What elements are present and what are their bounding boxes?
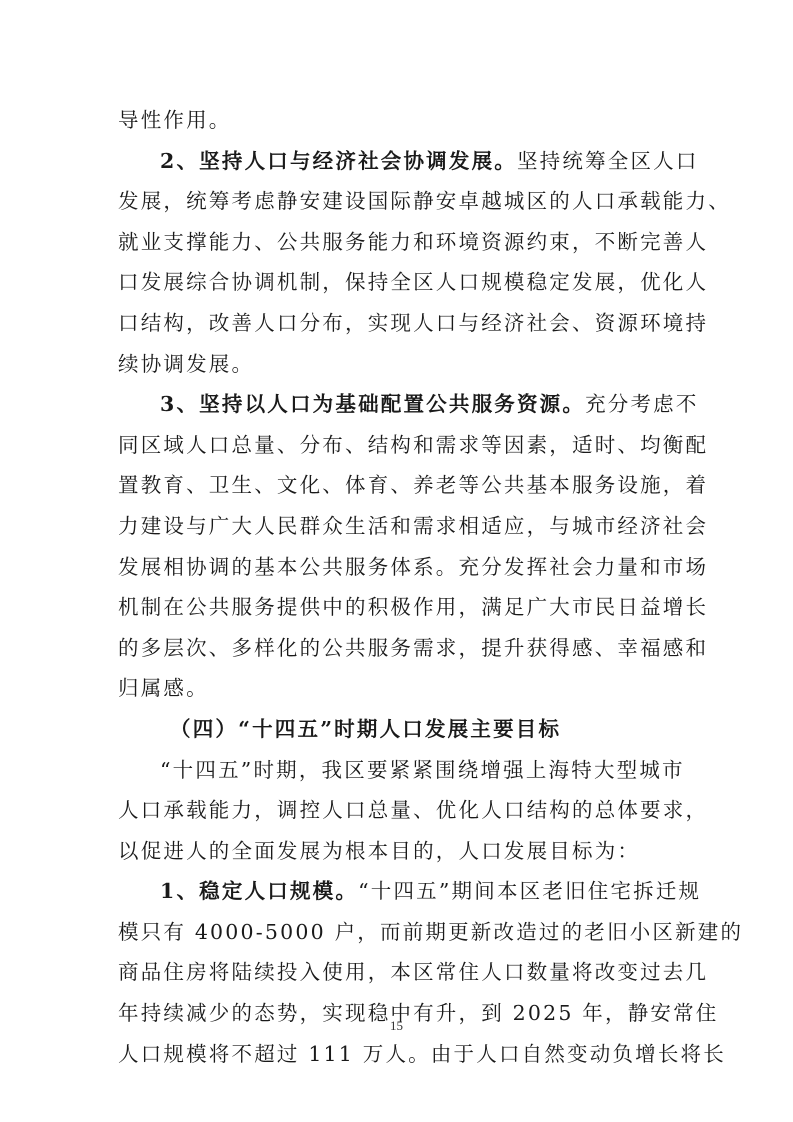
section-2-heading: 2、坚持人口与经济社会协调发展。 xyxy=(160,149,517,173)
text-line: 的多层次、多样化的公共服务需求，提升获得感、幸福感和 xyxy=(118,628,678,669)
text-line: 机制在公共服务提供中的积极作用，满足广大市民日益增长 xyxy=(118,587,678,628)
text-fragment: 坚持统筹全区人口 xyxy=(517,149,699,173)
page-number: 15 xyxy=(0,1018,793,1034)
text-line: 置教育、卫生、文化、体育、养老等公共基本服务设施，着 xyxy=(118,465,678,506)
text-line: 同区域人口总量、分布、结构和需求等因素，适时、均衡配 xyxy=(118,425,678,466)
text-fragment: 充分考虑不 xyxy=(585,392,699,416)
text-line: 归属感。 xyxy=(118,668,678,709)
section-2-line: 2、坚持人口与经济社会协调发展。坚持统筹全区人口 xyxy=(118,141,678,182)
goal-1-line: 1、稳定人口规模。“十四五”期间本区老旧住宅拆迁规 xyxy=(118,871,678,912)
page-body: 导性作用。 2、坚持人口与经济社会协调发展。坚持统筹全区人口 发展，统筹考虑静安… xyxy=(118,100,678,1074)
text-line: 续协调发展。 xyxy=(118,344,678,385)
text-line: 力建设与广大人民群众生活和需求相适应，与城市经济社会 xyxy=(118,506,678,547)
goal-1-heading: 1、稳定人口规模。 xyxy=(160,879,358,903)
text-line: 模只有 4000-5000 户，而前期更新改造过的老旧小区新建的 xyxy=(118,912,678,953)
text-line: 人口承载能力，调控人口总量、优化人口结构的总体要求， xyxy=(118,790,678,831)
text-line: “十四五”时期，我区要紧紧围绕增强上海特大型城市 xyxy=(118,750,678,791)
text-line: 口发展综合协调机制，保持全区人口规模稳定发展，优化人 xyxy=(118,262,678,303)
text-line: 就业支撑能力、公共服务能力和环境资源约束，不断完善人 xyxy=(118,222,678,263)
text-line: 以促进人的全面发展为根本目的，人口发展目标为： xyxy=(118,831,678,872)
text-line: 人口规模将不超过 111 万人。由于人口自然变动负增长将长 xyxy=(118,1034,678,1075)
section-3-line: 3、坚持以人口为基础配置公共服务资源。充分考虑不 xyxy=(118,384,678,425)
text-line: 口结构，改善人口分布，实现人口与经济社会、资源环境持 xyxy=(118,303,678,344)
text-line: 发展相协调的基本公共服务体系。充分发挥社会力量和市场 xyxy=(118,547,678,588)
section-3-heading: 3、坚持以人口为基础配置公共服务资源。 xyxy=(160,392,585,416)
text-line: 商品住房将陆续投入使用，本区常住人口数量将改变过去几 xyxy=(118,952,678,993)
text-line: 导性作用。 xyxy=(118,100,678,141)
document-page: 导性作用。 2、坚持人口与经济社会协调发展。坚持统筹全区人口 发展，统筹考虑静安… xyxy=(0,0,793,1122)
text-line: 发展，统筹考虑静安建设国际静安卓越城区的人口承载能力、 xyxy=(118,181,678,222)
text-fragment: “十四五”期间本区老旧住宅拆迁规 xyxy=(358,879,701,903)
section-heading-4: （四）“十四五”时期人口发展主要目标 xyxy=(118,709,678,750)
